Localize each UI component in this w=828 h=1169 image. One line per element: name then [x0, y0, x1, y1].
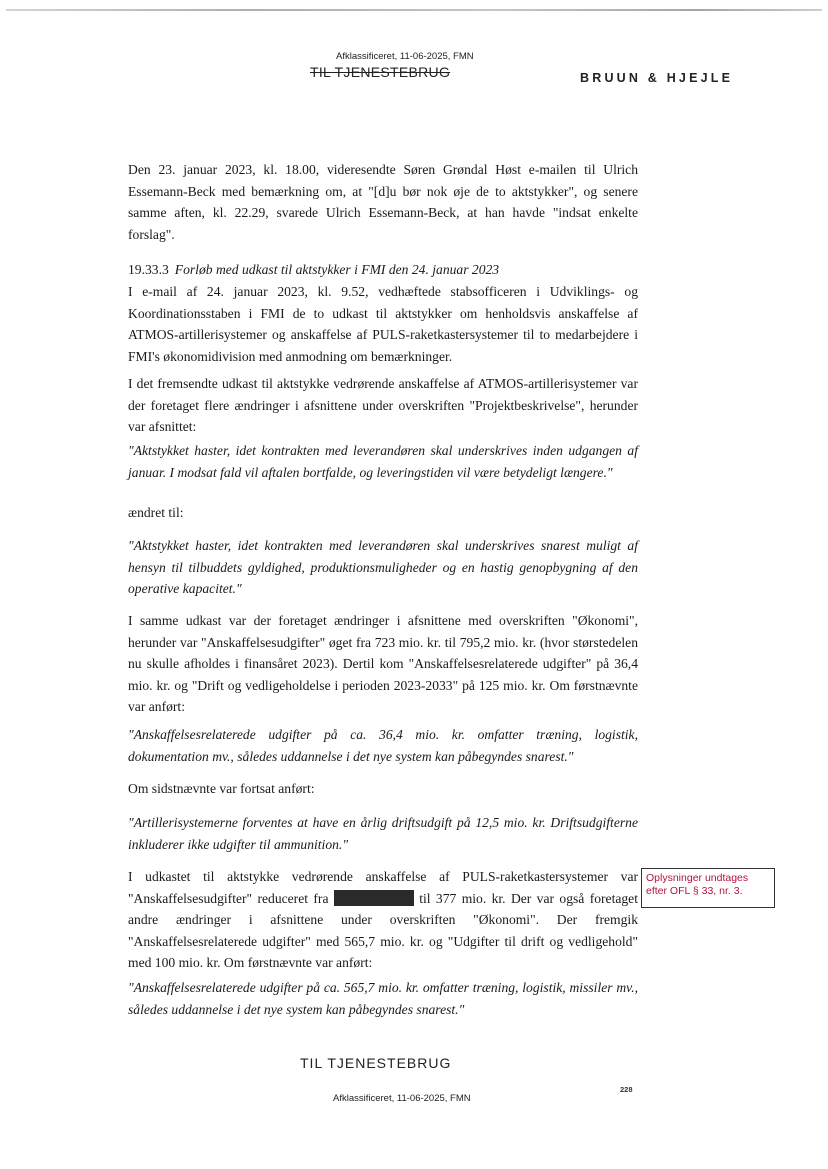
- quote-3: "Anskaffelsesrelaterede udgifter på ca. …: [128, 724, 638, 767]
- quote-2: "Aktstykket haster, idet kontrakten med …: [128, 535, 638, 600]
- section-number: 19.33.3: [128, 262, 169, 277]
- paragraph-2: I e-mail af 24. januar 2023, kl. 9.52, v…: [128, 281, 638, 367]
- declassification-stamp-top: Afklassificeret, 11-06-2025, FMN: [336, 51, 474, 62]
- page-number: 228: [620, 1085, 633, 1094]
- paragraph-6: Om sidstnævnte var fortsat anført:: [128, 778, 638, 800]
- scan-edge-line: [6, 9, 822, 11]
- section-heading: 19.33.3Forløb med udkast til aktstykker …: [128, 259, 638, 281]
- paragraph-text: I samme udkast var der foretaget ændring…: [128, 610, 638, 718]
- redaction-block: [334, 890, 414, 906]
- quote-5: "Anskaffelsesrelaterede udgifter på ca. …: [128, 977, 638, 1020]
- paragraph-text: Den 23. januar 2023, kl. 18.00, viderese…: [128, 159, 638, 245]
- paragraph-1: Den 23. januar 2023, kl. 18.00, viderese…: [128, 159, 638, 245]
- paragraph-text: I e-mail af 24. januar 2023, kl. 9.52, v…: [128, 281, 638, 367]
- paragraph-3: I det fremsendte udkast til aktstykke ve…: [128, 373, 638, 438]
- quote-text: "Aktstykket haster, idet kontrakten med …: [128, 535, 638, 600]
- quote-text: "Artillerisystemerne forventes at have e…: [128, 812, 638, 855]
- paragraph-text: I udkastet til aktstykke vedrørende ansk…: [128, 866, 638, 974]
- quote-text: "Anskaffelsesrelaterede udgifter på ca. …: [128, 977, 638, 1020]
- paragraph-5: I samme udkast var der foretaget ændring…: [128, 610, 638, 718]
- declassification-stamp-bottom: Afklassificeret, 11-06-2025, FMN: [333, 1093, 471, 1104]
- quote-text: "Anskaffelsesrelaterede udgifter på ca. …: [128, 724, 638, 767]
- redaction-note: Oplysninger undtages efter OFL § 33, nr.…: [641, 868, 775, 908]
- quote-4: "Artillerisystemerne forventes at have e…: [128, 812, 638, 855]
- classification-struck: TIL TJENESTEBRUG: [310, 64, 450, 80]
- paragraph-text: Om sidstnævnte var fortsat anført:: [128, 778, 638, 800]
- paragraph-text: ændret til:: [128, 502, 638, 524]
- paragraph-text: I det fremsendte udkast til aktstykke ve…: [128, 373, 638, 438]
- brand-logo: BRUUN & HJEJLE: [580, 71, 733, 85]
- paragraph-7: I udkastet til aktstykke vedrørende ansk…: [128, 866, 638, 974]
- quote-1: "Aktstykket haster, idet kontrakten med …: [128, 440, 638, 483]
- classification-footer: TIL TJENESTEBRUG: [300, 1055, 451, 1071]
- section-title: Forløb med udkast til aktstykker i FMI d…: [175, 262, 499, 277]
- quote-text: "Aktstykket haster, idet kontrakten med …: [128, 440, 638, 483]
- paragraph-4: ændret til:: [128, 502, 638, 524]
